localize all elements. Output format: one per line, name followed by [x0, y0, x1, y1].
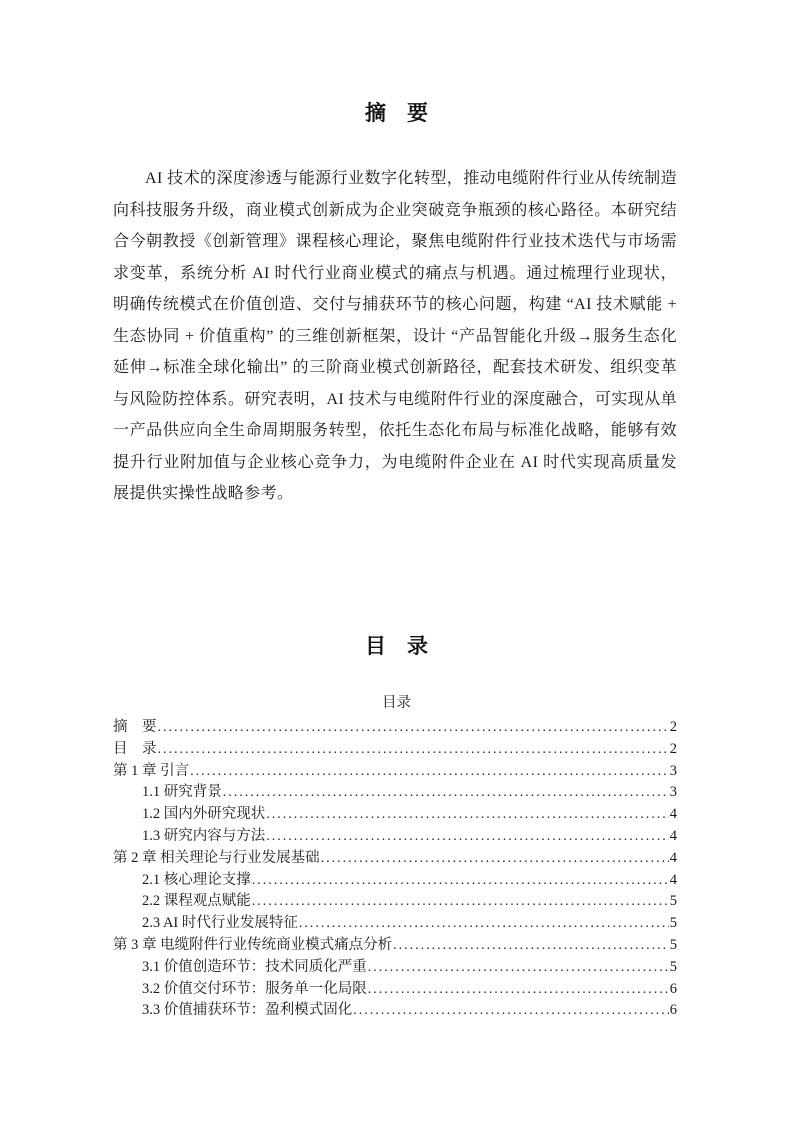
toc-entry: 摘 要 2	[113, 717, 677, 739]
toc-leader-dots	[353, 1000, 669, 1022]
abstract-heading: 摘 要	[0, 100, 793, 128]
toc-entry-label: 2.1 核心理论支撑	[142, 870, 251, 892]
toc-entry-label: 1.3 研究内容与方法	[142, 826, 265, 848]
toc-leader-dots	[368, 979, 669, 1001]
toc-entry-label: 3.3 价值捕获环节：盈利模式固化	[142, 1000, 352, 1022]
toc-entry: 1.3 研究内容与方法 4	[113, 826, 677, 848]
toc-entry: 1.1 研究背景 3	[113, 782, 677, 804]
toc-entry: 1.2 国内外研究现状 4	[113, 804, 677, 826]
toc-entry-page: 4	[670, 826, 677, 848]
toc-entry-page: 6	[670, 1000, 677, 1022]
toc-leader-dots	[252, 891, 669, 913]
toc-entry: 2.2 课程观点赋能 5	[113, 891, 677, 913]
document-page: 摘 要 AI 技术的深度渗透与能源行业数字化转型，推动电缆附件行业从传统制造向科…	[0, 0, 793, 1122]
toc-entry-page: 2	[670, 717, 677, 739]
toc-entry-label: 第 3 章 电缆附件行业传统商业模式痛点分析	[113, 935, 392, 957]
toc-entry-label: 1.1 研究背景	[142, 782, 222, 804]
toc-entry: 2.3 AI 时代行业发展特征 5	[113, 913, 677, 935]
toc-entry-label: 1.2 国内外研究现状	[142, 804, 265, 826]
toc-leader-dots	[158, 739, 669, 761]
toc-heading: 目 录	[0, 633, 793, 661]
toc-leader-dots	[266, 804, 669, 826]
toc-leader-dots	[321, 848, 669, 870]
toc-entry: 目 录 2	[113, 739, 677, 761]
toc-entry-page: 3	[670, 782, 677, 804]
toc-entry-page: 4	[670, 848, 677, 870]
toc-leader-dots	[158, 717, 669, 739]
toc-entry: 3.2 价值交付环节：服务单一化局限 6	[113, 979, 677, 1001]
toc-entry-page: 5	[670, 913, 677, 935]
toc-entry-label: 3.2 价值交付环节：服务单一化局限	[142, 979, 367, 1001]
toc-leader-dots	[266, 826, 669, 848]
toc-leader-dots	[368, 957, 669, 979]
toc-entry-label: 第 1 章 引言	[113, 761, 189, 783]
toc-entry: 3.1 价值创造环节：技术同质化严重 5	[113, 957, 677, 979]
toc-entry-label: 2.2 课程观点赋能	[142, 891, 251, 913]
toc-entry-page: 5	[670, 891, 677, 913]
toc-entry: 第 1 章 引言 3	[113, 761, 677, 783]
toc-entry: 第 3 章 电缆附件行业传统商业模式痛点分析 5	[113, 935, 677, 957]
abstract-paragraph: AI 技术的深度渗透与能源行业数字化转型，推动电缆附件行业从传统制造向科技服务升…	[113, 163, 677, 510]
toc-entry: 第 2 章 相关理论与行业发展基础 4	[113, 848, 677, 870]
toc-entry-page: 6	[670, 979, 677, 1001]
toc-list: 摘 要 2 目 录 2 第 1 章 引言 3 1.1 研究背景 3	[113, 717, 677, 1022]
toc-entry-label: 第 2 章 相关理论与行业发展基础	[113, 848, 320, 870]
toc-entry: 3.3 价值捕获环节：盈利模式固化 6	[113, 1000, 677, 1022]
toc-leader-dots	[223, 782, 669, 804]
toc-leader-dots	[252, 870, 669, 892]
toc-entry-page: 4	[670, 870, 677, 892]
toc-entry-page: 2	[670, 739, 677, 761]
toc-entry-label: 2.3 AI 时代行业发展特征	[142, 913, 298, 935]
toc-entry-page: 5	[670, 935, 677, 957]
toc-entry-page: 3	[670, 761, 677, 783]
toc-entry: 2.1 核心理论支撑 4	[113, 870, 677, 892]
toc-entry-label: 3.1 价值创造环节：技术同质化严重	[142, 957, 367, 979]
toc-leader-dots	[299, 913, 669, 935]
toc-leader-dots	[393, 935, 669, 957]
toc-entry-label: 目 录	[113, 739, 157, 761]
toc-leader-dots	[190, 761, 669, 783]
toc-entry-page: 4	[670, 804, 677, 826]
toc-entry-label: 摘 要	[113, 717, 157, 739]
toc-subtitle: 目录	[0, 692, 793, 714]
toc-entry-page: 5	[670, 957, 677, 979]
